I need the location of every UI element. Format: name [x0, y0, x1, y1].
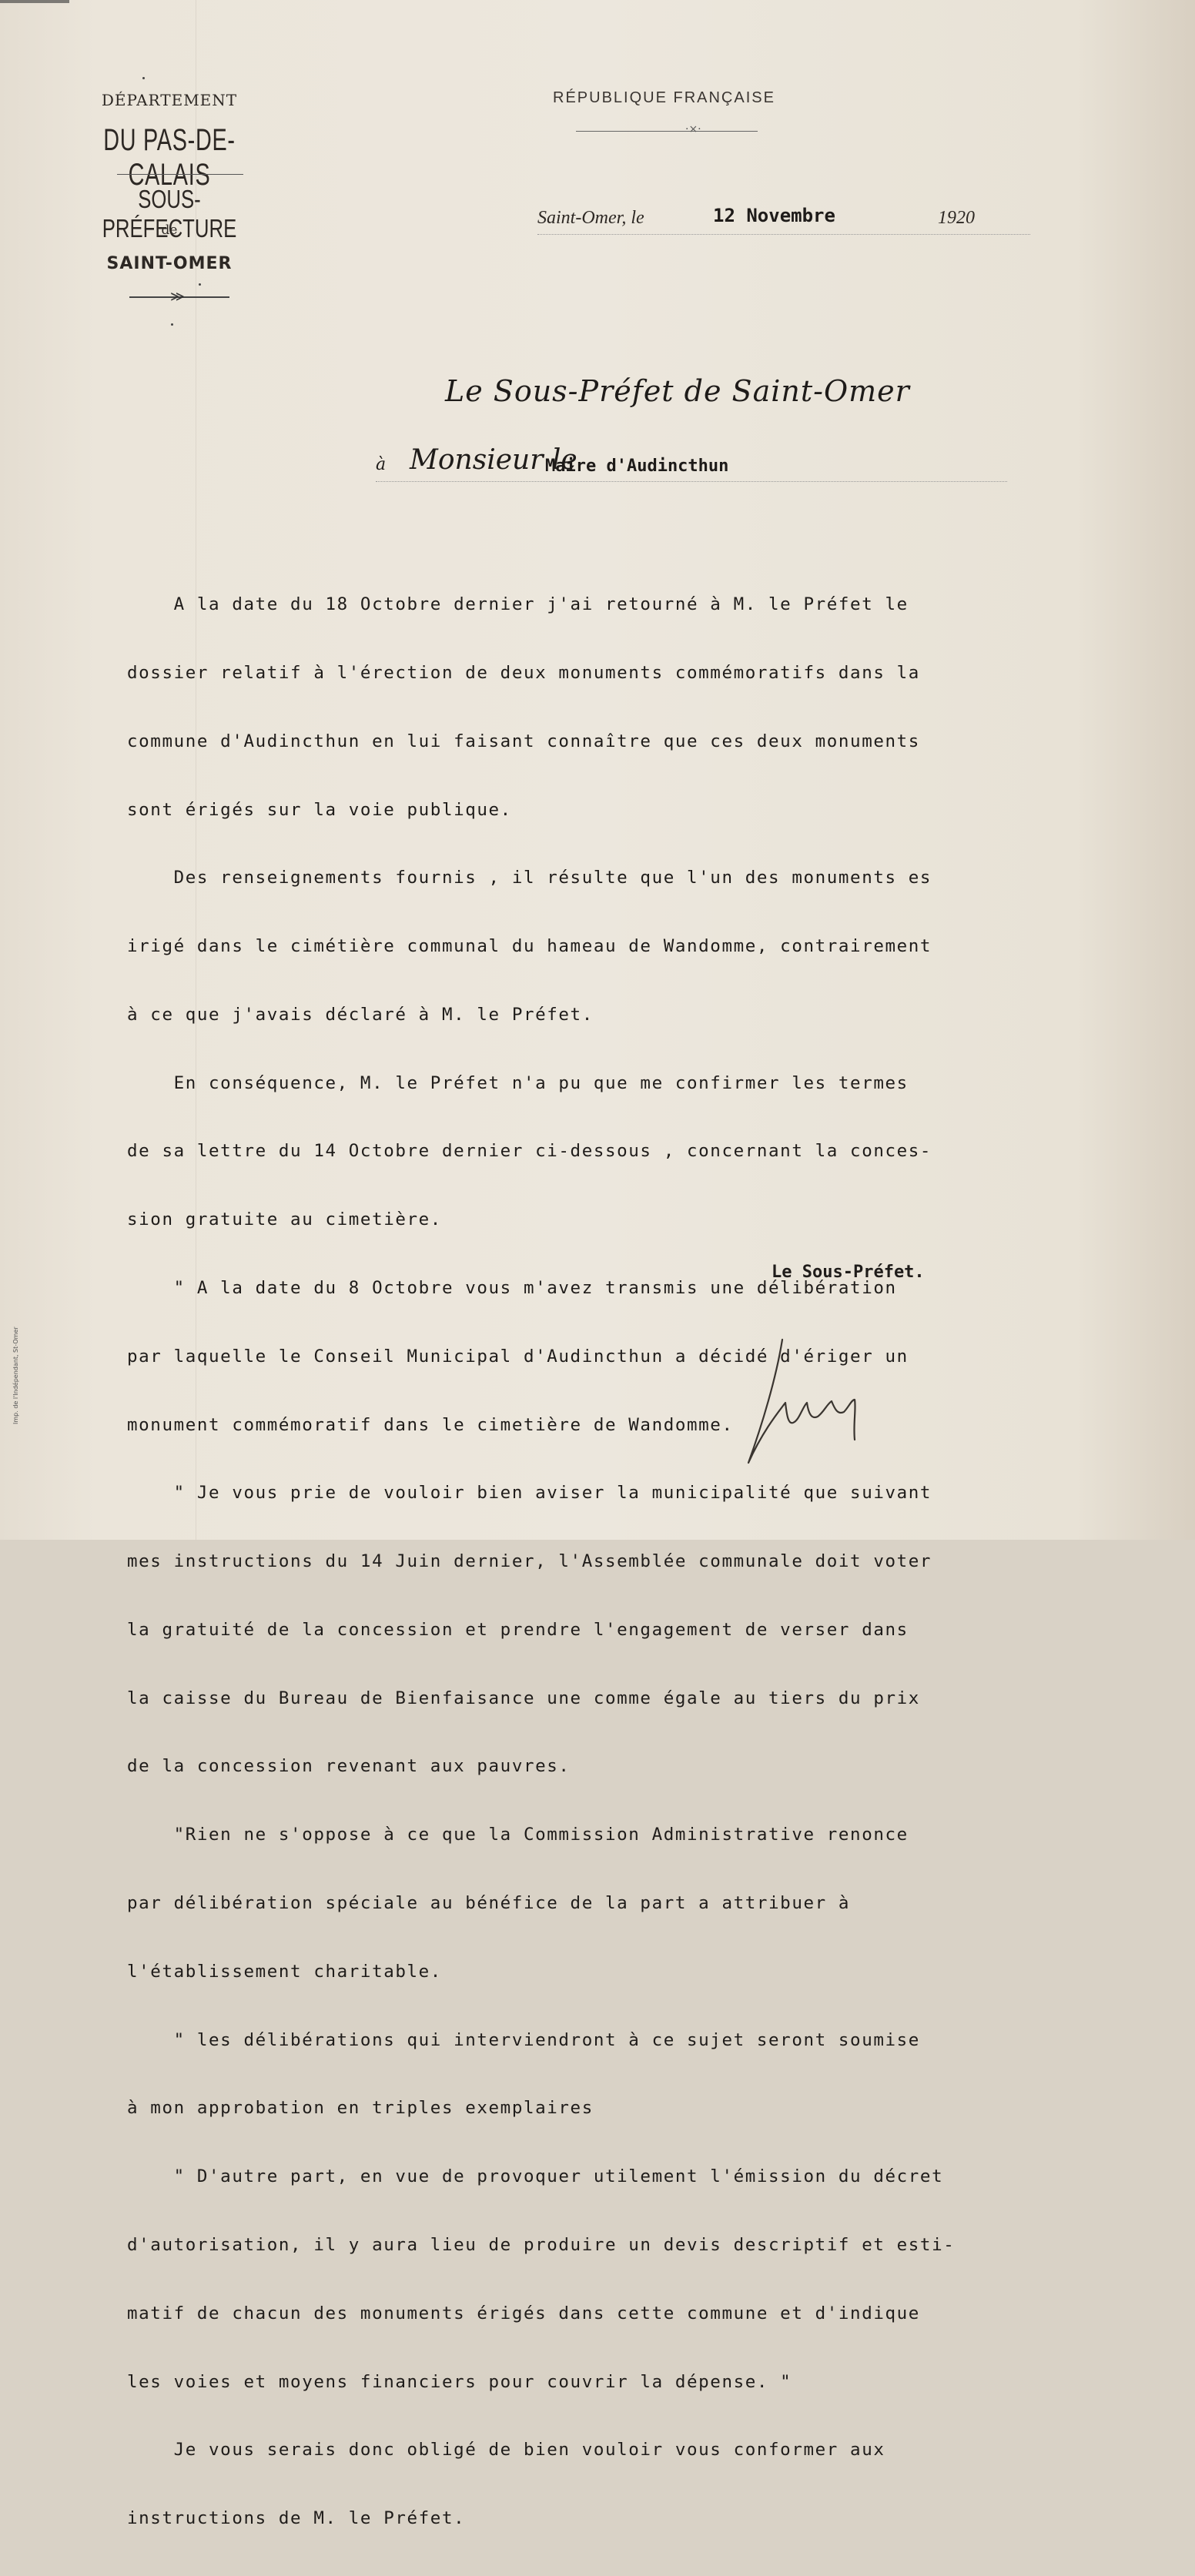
- printer-imprint: Imp. de l'Indépendant, St-Omer: [11, 1263, 22, 1424]
- photo-edge-shadow: [0, 0, 69, 3]
- body-line: commune d'Audincthun en lui faisant conn…: [127, 731, 1159, 754]
- republic-heading: RÉPUBLIQUE FRANÇAISE: [553, 89, 775, 107]
- body-line: " A la date du 8 Octobre vous m'avez tra…: [127, 1277, 1159, 1300]
- body-line: dossier relatif à l'érection de deux mon…: [127, 662, 1159, 685]
- letter-body: A la date du 18 Octobre dernier j'ai ret…: [127, 548, 1159, 1540]
- letterhead-department-name: DU PAS-DE-CALAIS: [81, 123, 258, 192]
- republic-divider: [576, 131, 758, 132]
- date-year: 1920: [938, 208, 975, 229]
- address-prefix: à: [376, 455, 386, 474]
- letterhead-connector: de: [46, 222, 293, 238]
- body-line: sion gratuite au cimetière.: [127, 1209, 1159, 1232]
- ornament-cross-icon: ·×·: [685, 123, 701, 135]
- ornament-knot-icon: ≫: [170, 289, 185, 305]
- sender-title: Le Sous-Préfet de Saint-Omer: [445, 374, 910, 408]
- body-line: Des renseignements fournis , il résulte …: [127, 867, 1159, 890]
- letter-page: DÉPARTEMENT DU PAS-DE-CALAIS SOUS-PRÉFEC…: [0, 0, 1195, 1540]
- date-line: Saint-Omer, le 12 Novembre 1920: [537, 208, 1030, 235]
- letterhead-department: DÉPARTEMENT: [46, 91, 293, 109]
- recipient-name: Maire d'Audincthun: [545, 457, 728, 476]
- body-line: A la date du 18 Octobre dernier j'ai ret…: [127, 594, 1159, 617]
- body-line: monument commémoratif dans le cimetière …: [127, 1414, 1159, 1437]
- paper-speck: [199, 283, 201, 286]
- handwritten-signature-icon: [731, 1316, 962, 1474]
- signatory: Le Sous-Préfet.: [772, 1263, 925, 1282]
- letterhead-city: SAINT-OMER: [46, 254, 293, 273]
- body-line: sont érigés sur la voie publique.: [127, 799, 1159, 822]
- body-line: " Je vous prie de vouloir bien aviser la…: [127, 1482, 1159, 1505]
- address-line: à Monsieur le Maire d'Audincthun: [376, 450, 1007, 482]
- body-line: à ce que j'avais déclaré à M. le Préfet.: [127, 1004, 1159, 1027]
- date-place-label: Saint-Omer, le: [537, 208, 644, 229]
- body-line: par laquelle le Conseil Municipal d'Audi…: [127, 1346, 1159, 1369]
- paper-speck: [171, 323, 173, 326]
- letterhead-divider: [117, 174, 243, 175]
- body-line: de sa lettre du 14 Octobre dernier ci-de…: [127, 1140, 1159, 1163]
- body-line: irigé dans le cimétière communal du hame…: [127, 935, 1159, 958]
- body-line: En conséquence, M. le Préfet n'a pu que …: [127, 1072, 1159, 1096]
- date-day-month: 12 Novembre: [713, 205, 835, 226]
- paper-speck: [142, 77, 145, 79]
- printer-imprint-text: Imp. de l'Indépendant, St-Omer: [12, 1263, 19, 1424]
